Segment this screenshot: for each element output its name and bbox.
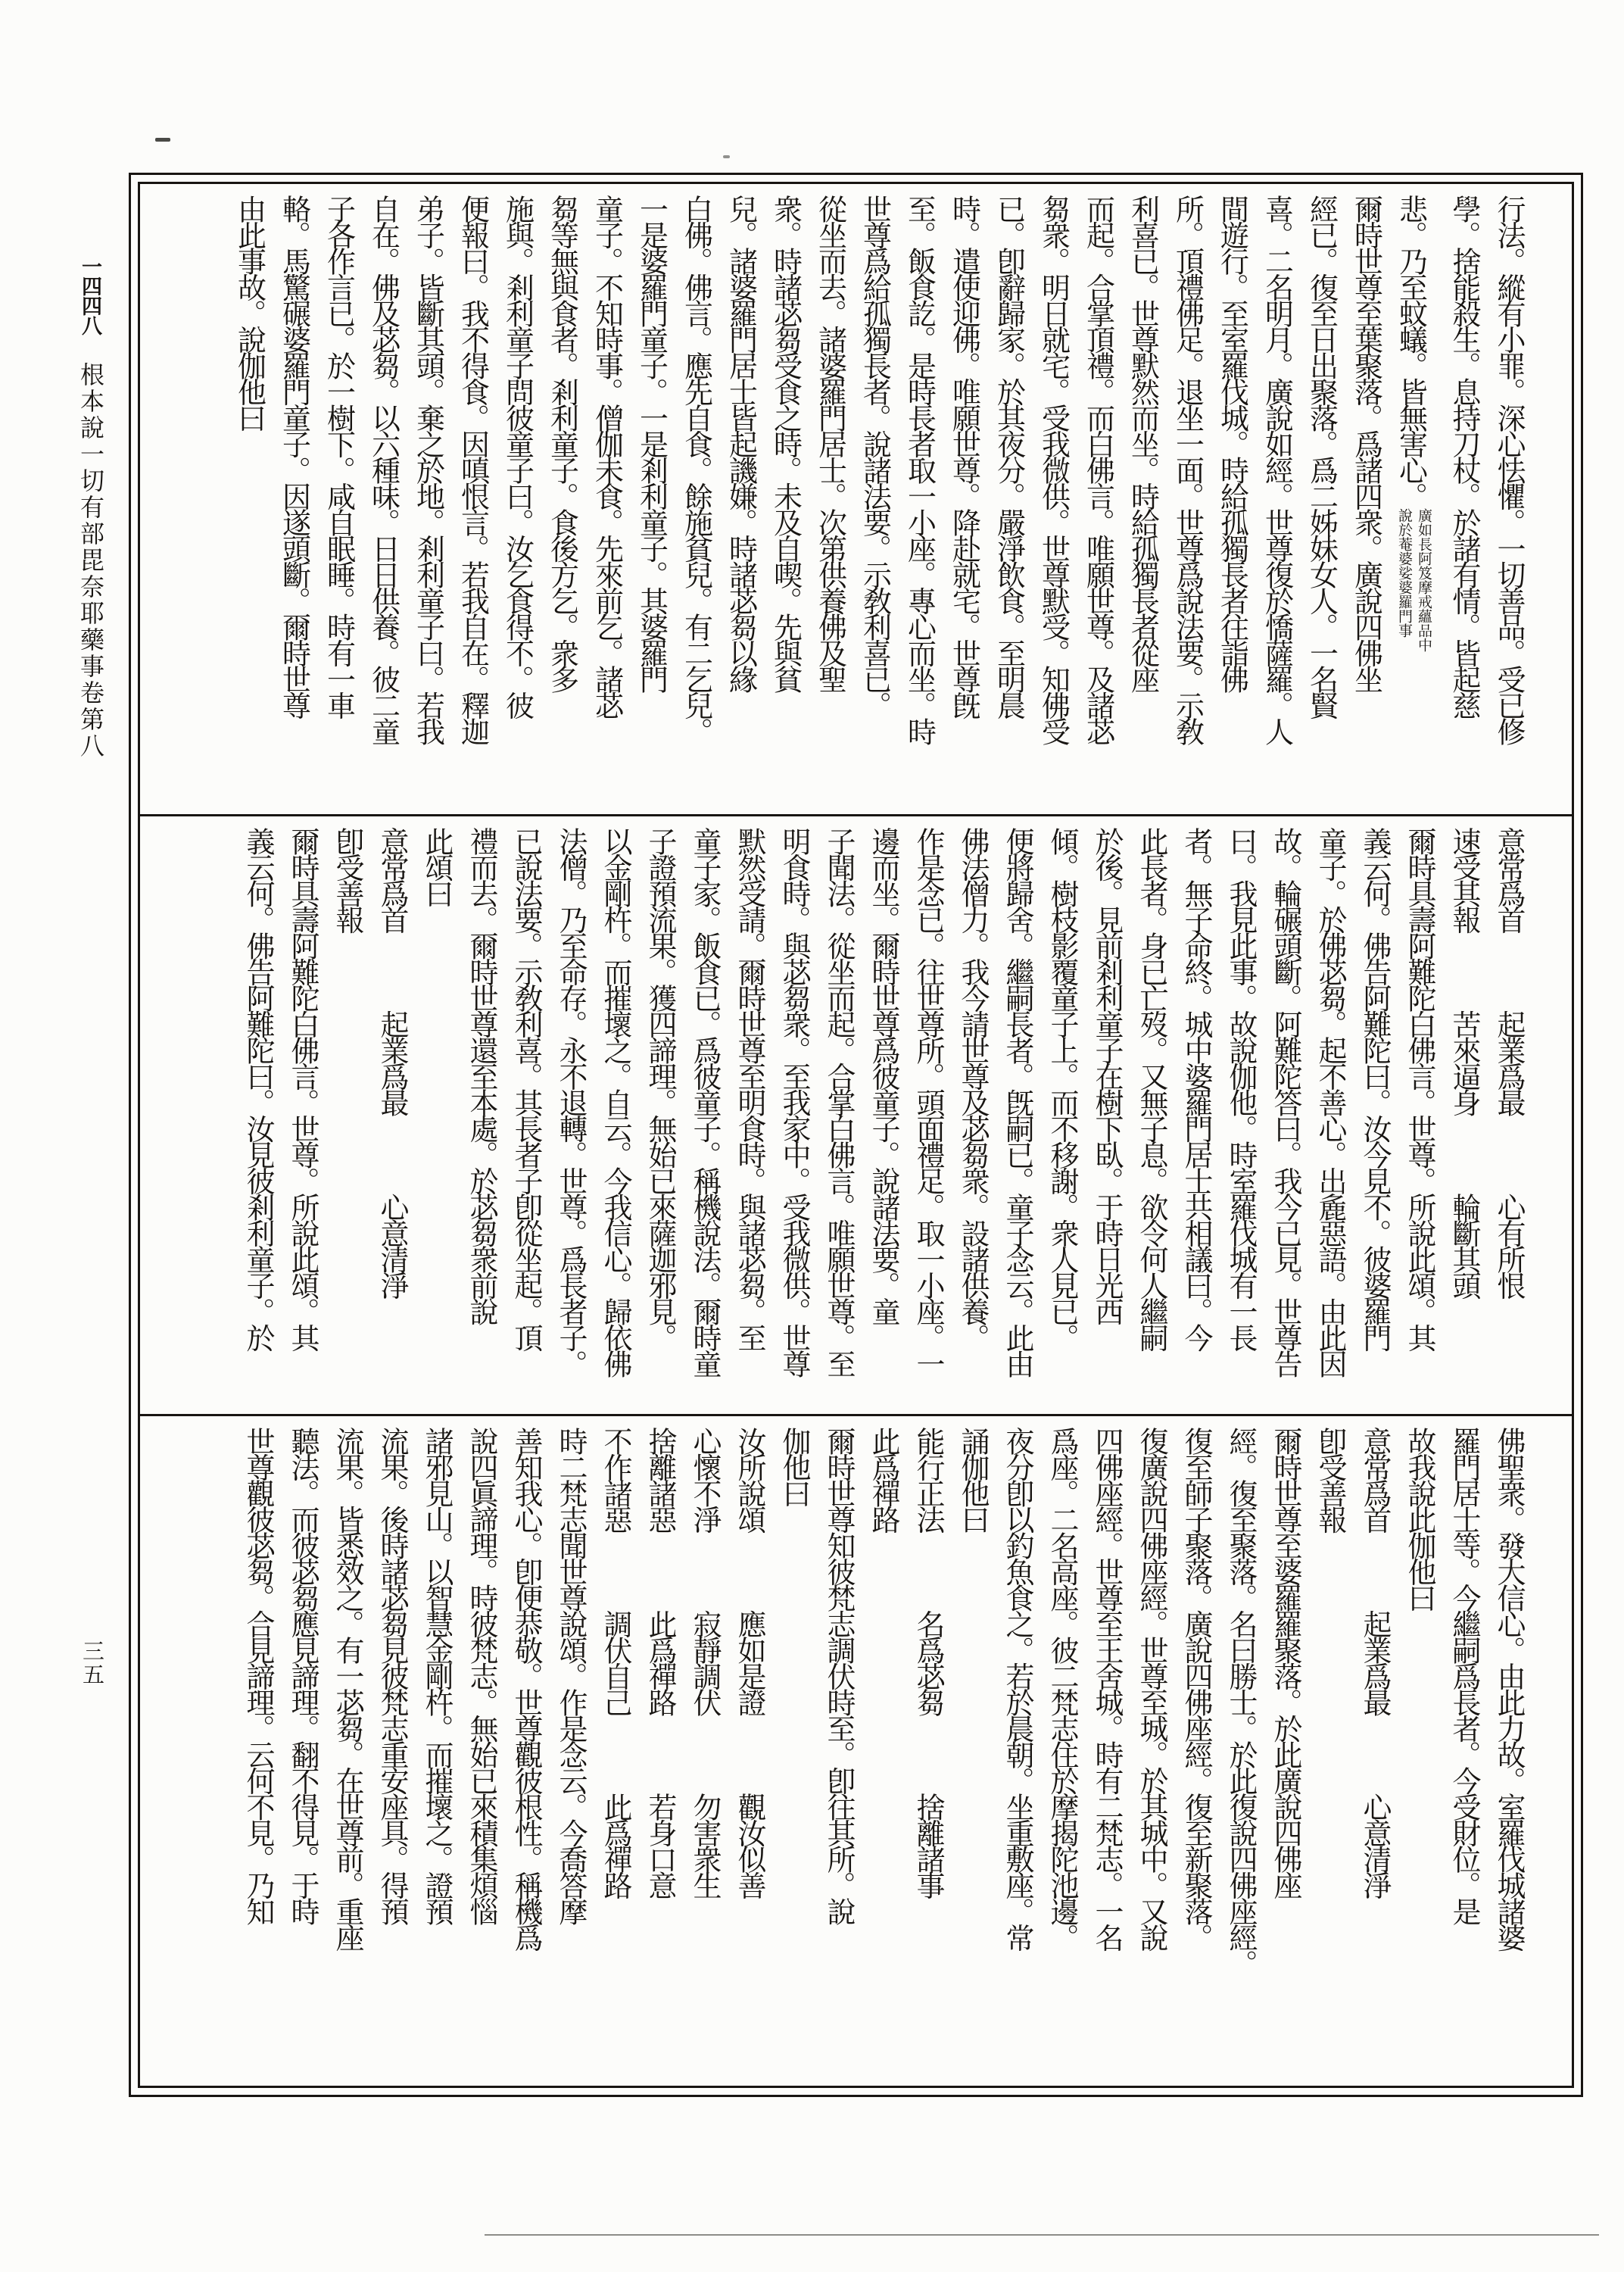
text-column: 經已。復至日出聚落。爲二姊妹女人。一名賢 — [1299, 195, 1344, 814]
register-bottom: 佛聖衆。發大信心。由此力故。室羅伐城諸婆羅門居士等。今繼嗣爲長者。今受財位。是故… — [140, 1416, 1572, 2086]
text-column: 復至師子聚落。廣說四佛座經。復至新聚落。 — [1174, 1427, 1218, 2086]
verse-column: 心懷不淨 寂靜調伏 勿害衆生 — [682, 1427, 727, 2086]
text-column: 童子。不知時事。僧伽未食。先來前乞。諸苾 — [584, 195, 629, 814]
text-column: 佛聖衆。發大信心。由此力故。室羅伐城諸婆 — [1486, 1427, 1531, 2086]
text-column: 時。遣使迎佛。唯願世尊。降赴就宅。世尊旣 — [942, 195, 987, 814]
text-column: 子聞法。從坐而起。合掌白佛言。唯願世尊。至 — [816, 827, 861, 1414]
verse-column: 意常爲首 起業爲最 心意清淨 — [369, 827, 414, 1414]
text-column: 喜。二名明月。廣說如經。世尊復於憍薩羅。人 — [1255, 195, 1299, 814]
taisho-text-number: 一四四八 — [75, 256, 104, 335]
text-column: 悲。乃至蚊蟻。皆無害心。廣如長阿笈摩戒蘊品中說於菴婆娑婆羅門事 — [1389, 195, 1442, 814]
text-column: 法僧。乃至命存。永不退轉。世尊。爲長者子。 — [548, 827, 593, 1414]
text-column: 已。卽辭歸家。於其夜分。嚴淨飲食。至明晨 — [987, 195, 1031, 814]
verse-column: 捨離諸惡 此爲禪路 若身口意 — [637, 1427, 682, 2086]
text-column: 此長者。身已亡歿。又無子息。欲令何人繼嗣 — [1129, 827, 1174, 1414]
text-column: 說四眞諦理。時彼梵志。無始已來積集煩惱 — [459, 1427, 503, 2086]
text-column: 曰。我見此事。故說伽他。時室羅伐城有一長 — [1218, 827, 1263, 1414]
text-column: 自在。佛及苾芻。以六種味。日日供養。彼二童 — [361, 195, 406, 814]
text-frame-inner-border: 行法。縱有小罪。深心怯懼。一切善品。受已修學。捨能殺生。息持刀杖。於諸有情。皆起… — [138, 182, 1574, 2088]
text-column: 便將歸舍。繼嗣長者。旣嗣已。童子念云。此由 — [995, 827, 1040, 1414]
scan-artifact-line — [485, 2234, 1599, 2236]
text-column: 爾時世尊至婆羅羅聚落。於此廣說四佛座 — [1263, 1427, 1308, 2086]
text-column: 弟子。皆斷其頭。棄之於地。剎利童子曰。若我 — [406, 195, 450, 814]
text-column: 聽法。而彼苾芻應見諦理。翻不得見。于時 — [280, 1427, 325, 2086]
text-column: 一是婆羅門童子。一是剎利童子。其婆羅門 — [629, 195, 674, 814]
verse-column: 卽受善報 — [1308, 1427, 1352, 2086]
text-column: 故我說此伽他曰 — [1397, 1427, 1442, 2086]
text-column: 爾時世尊至葉聚落。爲諸四衆。廣說四佛坐 — [1344, 195, 1389, 814]
text-column: 時二梵志聞世尊說頌。作是念云。今喬答摩 — [548, 1427, 593, 2086]
text-column: 夜分卽以釣魚食之。若於晨朝。坐重敷座。常 — [995, 1427, 1040, 2086]
verse-column: 意常爲首 起業爲最 心有所恨 — [1486, 827, 1531, 1414]
text-column: 已說法要。示敎利喜。其長者子卽從坐起。頂 — [503, 827, 548, 1414]
verse-column: 速受其報 苦來逼身 輪斷其頭 — [1442, 827, 1486, 1414]
text-column: 從坐而去。諸婆羅門居士。次第供養佛及聖 — [808, 195, 853, 814]
scanned-sutra-page: 一四四八 根本說一切有部毘奈耶藥事卷第八 三五 行法。縱有小罪。深心怯懼。一切善… — [0, 0, 1624, 2272]
text-column: 輅。馬驚碾婆羅門童子。因遂頭斷。爾時世尊 — [272, 195, 316, 814]
text-column: 衆。時諸苾芻受食之時。未及自喫。先與貧 — [763, 195, 808, 814]
text-column: 流果。後時諸苾芻見彼梵志重安座具。得預 — [369, 1427, 414, 2086]
verse-column: 能行正法 名爲苾芻 捨離諸事 — [906, 1427, 950, 2086]
text-column: 而起。合掌頂禮。而白佛言。唯願世尊。及諸苾 — [1076, 195, 1121, 814]
text-column: 兒。諸婆羅門居士皆起譏嫌。時諸苾芻以緣 — [718, 195, 763, 814]
text-column: 明食時。與苾芻衆。至我家中。受我微供。世尊 — [771, 827, 816, 1414]
scan-speck — [155, 138, 170, 142]
verse-column: 此爲禪路 — [861, 1427, 906, 2086]
text-column: 義云何。佛告阿難陀曰。汝見彼剎利童子。於 — [235, 827, 280, 1414]
text-column: 便報曰。我不得食。因嗔恨言。若我自在。釋迦 — [450, 195, 495, 814]
text-column: 世尊觀彼苾芻。合見諦理。云何不見。乃知 — [235, 1427, 280, 2086]
text-column: 至。飯食訖。是時長者取一小座。專心而坐。時 — [897, 195, 942, 814]
margin-scroll-title: 根本說一切有部毘奈耶藥事卷第八 — [73, 362, 108, 760]
text-column: 利喜已。世尊默然而坐。時給孤獨長者從座 — [1121, 195, 1165, 814]
text-column: 經。復至聚落。名曰勝士。於此復說四佛座經。 — [1218, 1427, 1263, 2086]
text-column: 者。無子命終。城中婆羅門居士共相議曰。今 — [1174, 827, 1218, 1414]
text-column: 爾時具壽阿難陀白佛言。世尊。所說此頌。其 — [280, 827, 325, 1414]
register-top: 行法。縱有小罪。深心怯懼。一切善品。受已修學。捨能殺生。息持刀杖。於諸有情。皆起… — [140, 184, 1572, 814]
text-column: 由此事故。說伽他曰 — [227, 195, 272, 814]
text-column: 芻等無與食者。剎利童子。食後方乞。衆多 — [540, 195, 584, 814]
text-column: 爾時具壽阿難陀白佛言。世尊。所說此頌。其 — [1397, 827, 1442, 1414]
text-column: 爾時世尊知彼梵志調伏時至。卽往其所。說 — [816, 1427, 861, 2086]
folio-page-number: 三五 — [77, 1640, 108, 1687]
text-column: 誦伽他曰 — [950, 1427, 995, 2086]
text-column: 傾。樹枝影覆童子上。而不移謝。衆人見已。 — [1040, 827, 1084, 1414]
text-column: 爲座。二名高座。彼二梵志住於摩揭陀池邊。 — [1040, 1427, 1084, 2086]
verse-column: 意常爲首 起業爲最 心意清淨 — [1352, 1427, 1397, 2086]
text-column: 童子家。飯食已。爲彼童子。稱機說法。爾時童 — [682, 827, 727, 1414]
text-column: 故。輪碾頭斷。阿難陀答曰。我今已見。世尊告 — [1263, 827, 1308, 1414]
scan-speck — [723, 155, 730, 158]
text-column: 羅門居士等。今繼嗣爲長者。今受財位。是 — [1442, 1427, 1486, 2086]
interlinear-note: 廣如長阿笈摩戒蘊品中說於菴婆娑婆羅門事 — [1395, 508, 1434, 652]
text-column: 於後。見前剎利童子在樹下臥。于時日光西 — [1084, 827, 1129, 1414]
text-column: 禮而去。爾時世尊還至本處。於苾芻衆前說 — [459, 827, 503, 1414]
text-column: 義云何。佛告阿難陀曰。汝今見不。彼婆羅門 — [1352, 827, 1397, 1414]
verse-column: 卽受善報 — [325, 827, 369, 1414]
text-frame-outer-border: 行法。縱有小罪。深心怯懼。一切善品。受已修學。捨能殺生。息持刀杖。於諸有情。皆起… — [129, 173, 1583, 2097]
text-column: 行法。縱有小罪。深心怯懼。一切善品。受已修 — [1486, 195, 1531, 814]
text-column: 童子。於佛苾芻。起不善心。出麁惡語。由此因 — [1308, 827, 1352, 1414]
text-column: 諸邪見山。以智慧金剛杵。而摧壞之。證預 — [414, 1427, 459, 2086]
text-column: 世尊爲給孤獨長者。說諸法要。示敎利喜已。 — [853, 195, 897, 814]
text-column: 學。捨能殺生。息持刀杖。於諸有情。皆起慈 — [1442, 195, 1486, 814]
text-column: 子各作言已。於一樹下。咸自眠睡。時有一車 — [316, 195, 361, 814]
verse-column: 不作諸惡 調伏自己 此爲禪路 — [593, 1427, 637, 2086]
text-column: 作是念已。往世尊所。頭面禮足。取一小座。一 — [906, 827, 950, 1414]
text-column: 默然受請。爾時世尊至明食時。與諸苾芻。至 — [727, 827, 771, 1414]
text-column: 善知我心。卽便恭敬。世尊觀彼根性。稱機爲 — [503, 1427, 548, 2086]
register-middle: 意常爲首 起業爲最 心有所恨速受其報 苦來逼身 輪斷其頭爾時具壽阿難陀白佛言。世… — [140, 816, 1572, 1414]
text-column: 間遊行。至室羅伐城。時給孤獨長者往詣佛 — [1210, 195, 1255, 814]
text-column: 四佛座經。世尊至王舍城。時有二梵志。一名 — [1084, 1427, 1129, 2086]
text-column: 邊而坐。爾時世尊爲彼童子。說諸法要。童 — [861, 827, 906, 1414]
text-column: 流果。皆悉效之。有一苾芻。在世尊前。重座 — [325, 1427, 369, 2086]
text-column: 以金剛杵。而摧壞之。自云。今我信心。歸依佛 — [593, 827, 637, 1414]
text-column: 復廣說四佛座經。世尊至城。於其城中。又說 — [1129, 1427, 1174, 2086]
text-column: 所。頂禮佛足。退坐一面。世尊爲說法要。示敎 — [1165, 195, 1210, 814]
text-column: 佛法僧力。我今請世尊及苾芻衆。設諸供養。 — [950, 827, 995, 1414]
text-column: 施與。剎利童子問彼童子曰。汝乞食得不。彼 — [495, 195, 540, 814]
text-column: 此頌曰 — [414, 827, 459, 1414]
text-column: 子證預流果。獲四諦理。無始已來薩迦邪見。 — [637, 827, 682, 1414]
text-column: 白佛。佛言。應先自食。餘施貧兒。有二乞兒。 — [674, 195, 718, 814]
text-column: 芻衆。明日就宅。受我微供。世尊默受。知佛受 — [1031, 195, 1076, 814]
verse-column: 汝所說頌 應如是證 觀汝似善 — [727, 1427, 771, 2086]
text-column: 伽他曰 — [771, 1427, 816, 2086]
